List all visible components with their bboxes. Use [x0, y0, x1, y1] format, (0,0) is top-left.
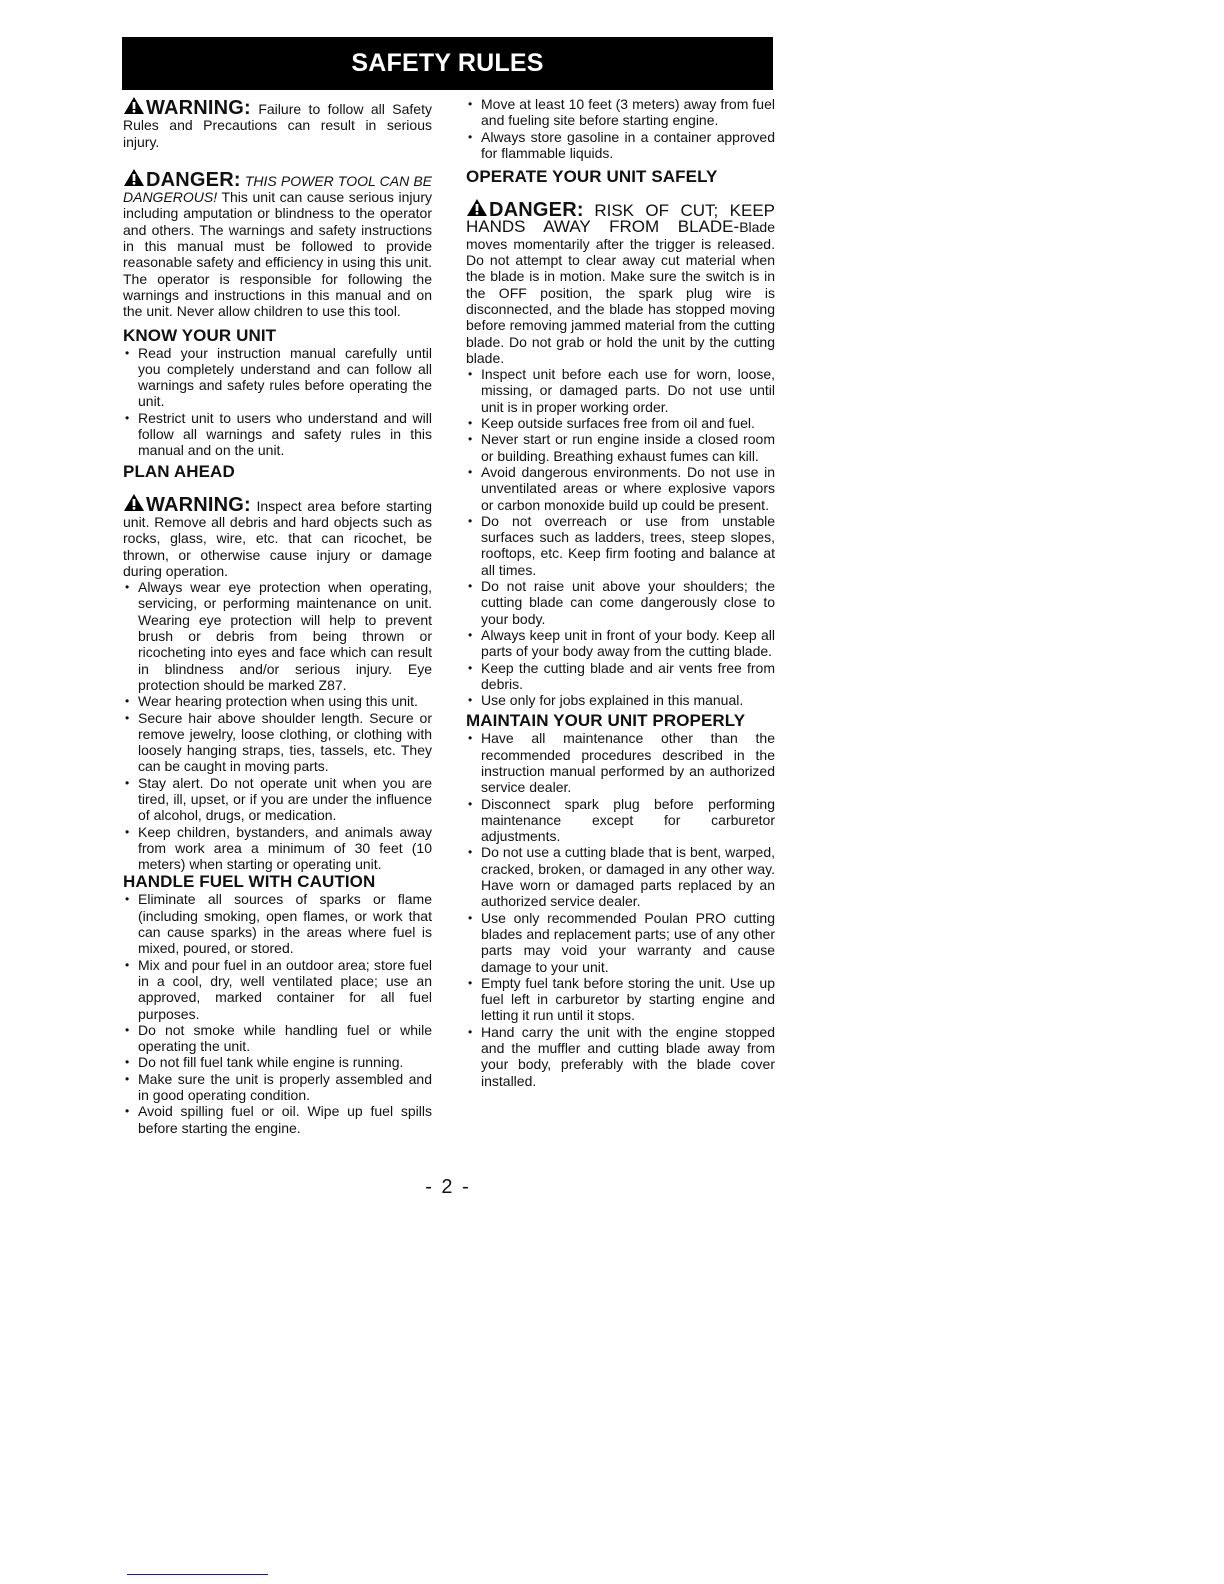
page-number: - 2 - — [0, 1176, 896, 1199]
list-item: Do not raise unit above your shoulders; … — [466, 578, 775, 627]
list-item: Keep the cutting blade and air vents fre… — [466, 660, 775, 693]
heading-handle-fuel: HANDLE FUEL WITH CAUTION — [123, 872, 432, 891]
page-title: SAFETY RULES — [351, 49, 543, 78]
list-item: Use only recommended Poulan PRO cutting … — [466, 910, 775, 975]
warning-label: WARNING: — [146, 494, 251, 516]
plan-ahead-list: Always wear eye protection when operatin… — [123, 579, 432, 872]
warning-block: WARNING: Inspect area before starting un… — [123, 493, 432, 579]
heading-maintain: MAINTAIN YOUR UNIT PROPERLY — [466, 711, 775, 730]
list-item: Disconnect spark plug before performing … — [466, 796, 775, 845]
warning-label: WARNING: — [146, 97, 251, 119]
list-item: Stay alert. Do not operate unit when you… — [123, 775, 432, 824]
link-underline[interactable] — [127, 1574, 268, 1575]
list-item: Inspect unit before each use for worn, l… — [466, 366, 775, 415]
list-item: Do not fill fuel tank while engine is ru… — [123, 1054, 432, 1070]
list-item: Use only for jobs explained in this manu… — [466, 692, 775, 708]
danger-text: This unit can cause serious injury inclu… — [123, 189, 432, 319]
warning-triangle-icon — [123, 493, 145, 512]
list-item: Move at least 10 feet (3 meters) away fr… — [466, 96, 775, 129]
list-item: Restrict unit to users who understand an… — [123, 410, 432, 459]
heading-operate-safely: OPERATE YOUR UNIT SAFELY — [466, 167, 775, 186]
list-item: Do not overreach or use from unstable su… — [466, 513, 775, 578]
list-item: Eliminate all sources of sparks or flame… — [123, 891, 432, 956]
warning-triangle-icon — [123, 96, 145, 115]
list-item: Always store gasoline in a container app… — [466, 129, 775, 162]
danger-text: Blade moves momentarily after the trigge… — [466, 219, 775, 365]
list-item: Keep outside surfaces free from oil and … — [466, 415, 775, 431]
list-item: Keep children, bystanders, and animals a… — [123, 824, 432, 873]
danger-block: DANGER: THIS POWER TOOL CAN BE DANGEROUS… — [123, 168, 432, 320]
right-column: Move at least 10 feet (3 meters) away fr… — [466, 96, 775, 1089]
list-item: Always keep unit in front of your body. … — [466, 627, 775, 660]
warning-triangle-icon — [123, 168, 145, 187]
danger-block: DANGER: RISK OF CUT; KEEP HANDS AWAY FRO… — [466, 198, 775, 366]
list-item: Empty fuel tank before storing the unit.… — [466, 975, 775, 1024]
list-item: Never start or run engine inside a close… — [466, 431, 775, 464]
left-column: WARNING: Failure to follow all Safety Ru… — [123, 96, 432, 1136]
operate-safely-list: Inspect unit before each use for worn, l… — [466, 366, 775, 708]
list-item: Always wear eye protection when operatin… — [123, 579, 432, 693]
list-item: Make sure the unit is properly assembled… — [123, 1071, 432, 1104]
know-your-unit-list: Read your instruction manual carefully u… — [123, 345, 432, 459]
list-item: Avoid dangerous environments. Do not use… — [466, 464, 775, 513]
list-item: Wear hearing protection when using this … — [123, 693, 432, 709]
list-item: Secure hair above shoulder length. Secur… — [123, 710, 432, 775]
section-banner: SAFETY RULES — [122, 37, 773, 90]
fuel-continued-list: Move at least 10 feet (3 meters) away fr… — [466, 96, 775, 161]
list-item: Avoid spilling fuel or oil. Wipe up fuel… — [123, 1103, 432, 1136]
maintain-list: Have all maintenance other than the reco… — [466, 730, 775, 1089]
danger-label: DANGER: — [146, 169, 241, 191]
list-item: Read your instruction manual carefully u… — [123, 345, 432, 410]
list-item: Do not smoke while handling fuel or whil… — [123, 1022, 432, 1055]
list-item: Hand carry the unit with the engine stop… — [466, 1024, 775, 1089]
list-item: Mix and pour fuel in an outdoor area; st… — [123, 957, 432, 1022]
heading-know-your-unit: KNOW YOUR UNIT — [123, 326, 432, 345]
warning-block: WARNING: Failure to follow all Safety Ru… — [123, 96, 432, 150]
heading-plan-ahead: PLAN AHEAD — [123, 462, 432, 481]
list-item: Have all maintenance other than the reco… — [466, 730, 775, 795]
handle-fuel-list: Eliminate all sources of sparks or flame… — [123, 891, 432, 1135]
warning-triangle-icon — [466, 198, 488, 217]
list-item: Do not use a cutting blade that is bent,… — [466, 844, 775, 909]
